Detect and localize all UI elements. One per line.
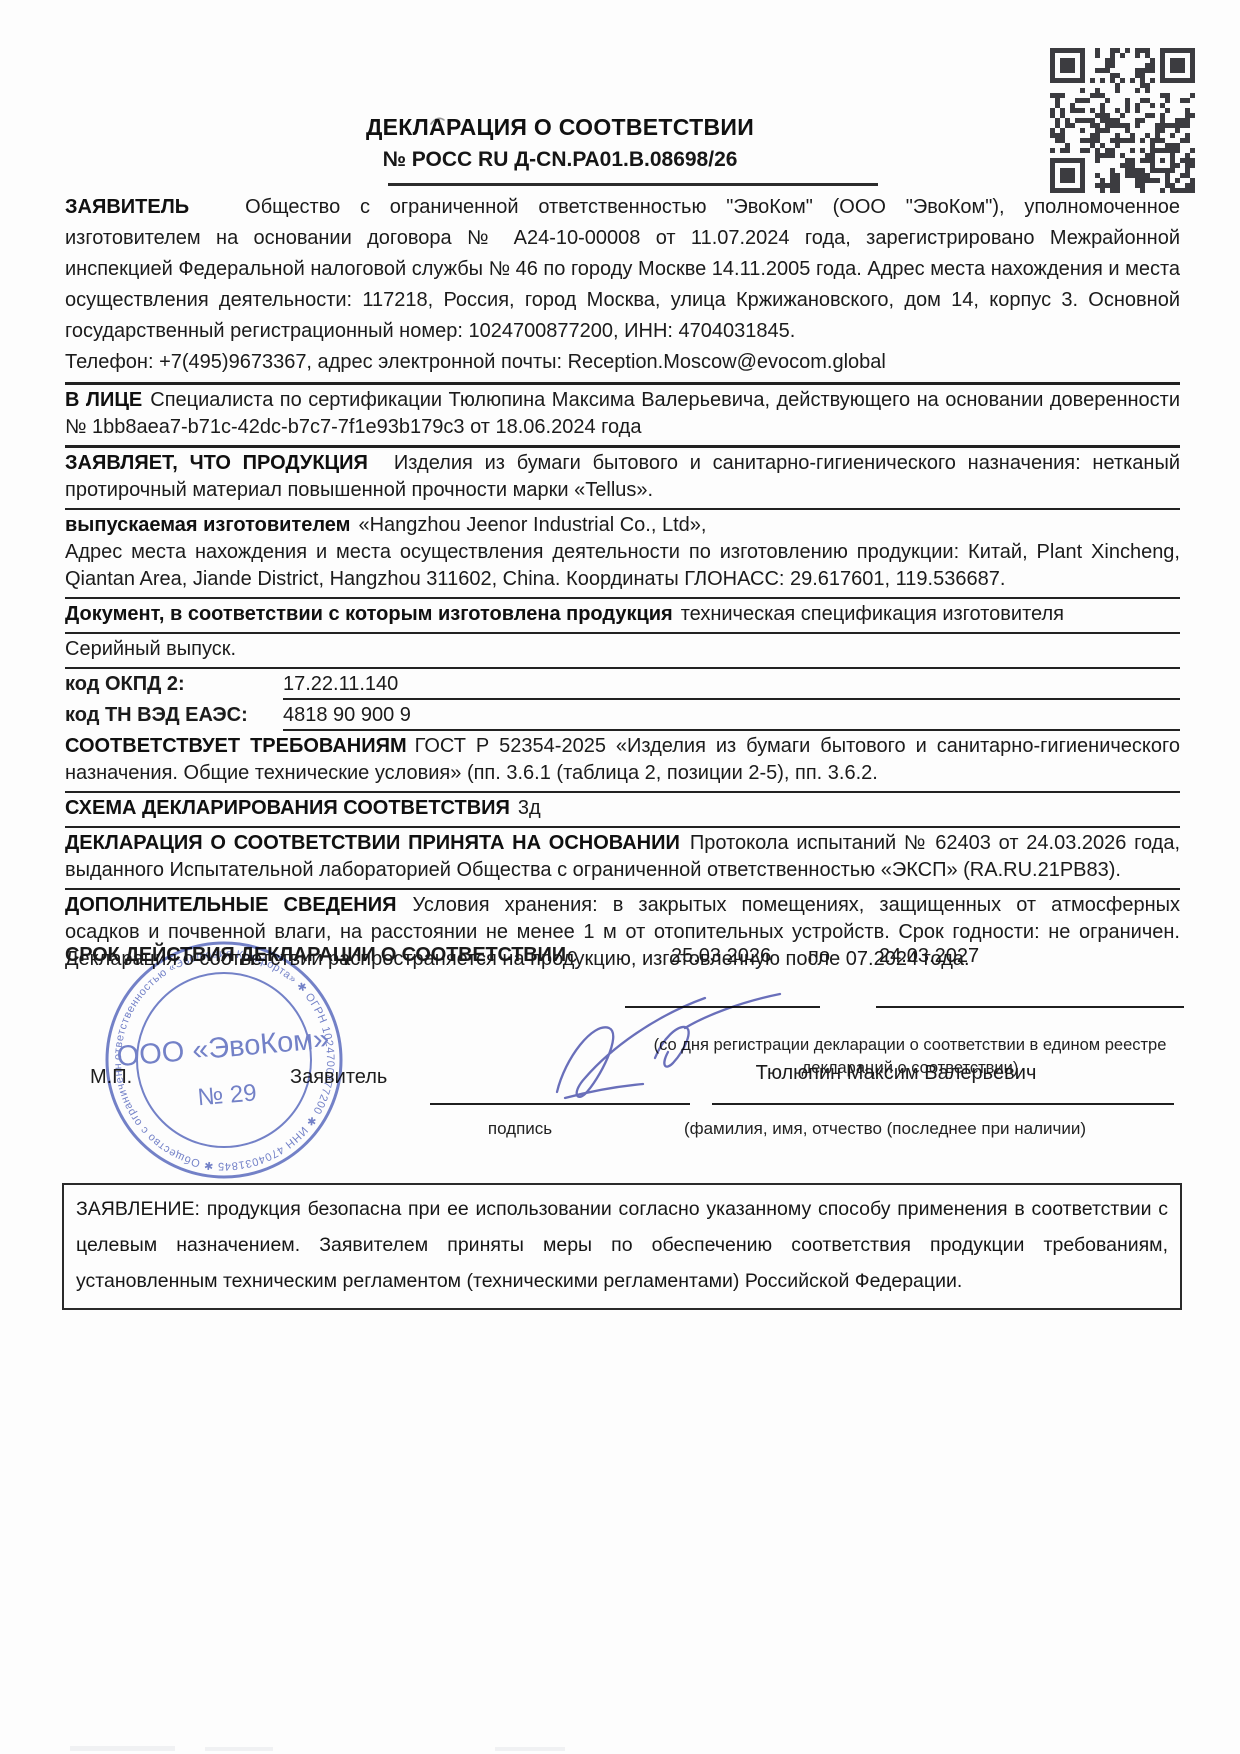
section-requirements: СООТВЕТСТВУЕТ ТРЕБОВАНИЯМГОСТ Р 52354-20… (65, 731, 1180, 793)
scan-artifact (70, 1746, 175, 1751)
stamp-company-name: ООО «ЭвоКом» (115, 1023, 330, 1073)
applicant-phone: Телефон: +7(495)9673367, адрес электронн… (65, 347, 1180, 378)
serial-text: Серийный выпуск. (65, 638, 236, 660)
section-applicant: ЗАЯВИТЕЛЬОбщество с ограниченной ответст… (65, 190, 1180, 385)
row-tnved: код ТН ВЭД ЕАЭС: 4818 90 900 9 (65, 700, 1180, 731)
document-basis-text: техническая спецификация изготовителя (681, 603, 1064, 625)
title-underline (388, 183, 878, 186)
product-label: ЗАЯВЛЯЕТ, ЧТО ПРОДУКЦИЯ (65, 452, 394, 474)
scheme-label: СХЕМА ДЕКЛАРИРОВАНИЯ СООТВЕТСТВИЯ (65, 797, 518, 819)
additional-label: ДОПОЛНИТЕЛЬНЫЕ СВЕДЕНИЯ (65, 894, 413, 916)
document-basis-label: Документ, в соответствии с которым изгот… (65, 603, 681, 625)
row-okpd: код ОКПД 2: 17.22.11.140 (65, 669, 1180, 700)
requirements-label: СООТВЕТСТВУЕТ ТРЕБОВАНИЯМ (65, 735, 415, 757)
person-text: Специалиста по сертификации Тюлюпина Мак… (65, 389, 1180, 438)
section-product: ЗАЯВЛЯЕТ, ЧТО ПРОДУКЦИЯИзделия из бумаги… (65, 448, 1180, 510)
statement-box: ЗАЯВЛЕНИЕ: продукция безопасна при ее ис… (62, 1183, 1182, 1310)
person-label: В ЛИЦЕ (65, 389, 150, 411)
declaration-number: № РОСС RU Д-CN.РА01.В.08698/26 (0, 148, 1120, 172)
section-person: В ЛИЦЕСпециалиста по сертификации Тюлюпи… (65, 385, 1180, 448)
manufacturer-address: Адрес места нахождения и места осуществл… (65, 539, 1180, 593)
tnved-label: код ТН ВЭД ЕАЭС: (65, 700, 283, 731)
manufacturer-label: выпускаемая изготовителем (65, 514, 358, 536)
validity-from-word: с (567, 945, 577, 968)
date-to-underline (876, 1006, 1184, 1008)
scan-artifact (495, 1747, 565, 1751)
validity-date-from: 25.03.2026 (671, 945, 771, 968)
section-serial: Серийный выпуск. (65, 634, 1180, 669)
page-title: ДЕКЛАРАЦИЯ О СООТВЕТСТВИИ (0, 114, 1120, 141)
company-stamp: ответственностью «Эволюция Комфорта» ✱ О… (99, 935, 349, 1185)
tnved-value: 4818 90 900 9 (283, 700, 1180, 731)
stamp-number: № 29 (196, 1079, 257, 1111)
basis-label: ДЕКЛАРАЦИЯ О СООТВЕТСТВИИ ПРИНЯТА НА ОСН… (65, 832, 690, 854)
validity-date-to: 24.03.2027 (879, 945, 979, 968)
scheme-value: 3д (518, 797, 541, 819)
section-document-basis: Документ, в соответствии с которым изгот… (65, 599, 1180, 634)
signature-caption: подпись (410, 1119, 630, 1139)
applicant-label: ЗАЯВИТЕЛЬ (65, 196, 245, 218)
name-caption: (фамилия, имя, отчество (последнее при н… (655, 1119, 1115, 1139)
handwritten-signature (535, 988, 795, 1113)
validity-to-word: по (808, 945, 830, 968)
scan-artifact (205, 1747, 273, 1751)
declaration-document: ДЕКЛАРАЦИЯ О СООТВЕТСТВИИ № РОСС RU Д-CN… (0, 0, 1240, 1754)
section-basis: ДЕКЛАРАЦИЯ О СООТВЕТСТВИИ ПРИНЯТА НА ОСН… (65, 828, 1180, 890)
okpd-value: 17.22.11.140 (283, 669, 1180, 700)
document-body: ЗАЯВИТЕЛЬОбщество с ограниченной ответст… (65, 190, 1180, 977)
okpd-label: код ОКПД 2: (65, 669, 283, 700)
statement-text: ЗАЯВЛЕНИЕ: продукция безопасна при ее ис… (76, 1198, 1168, 1292)
section-manufacturer: выпускаемая изготовителем«Hangzhou Jeeno… (65, 510, 1180, 599)
title-block: ДЕКЛАРАЦИЯ О СООТВЕТСТВИИ № РОСС RU Д-CN… (0, 114, 1120, 172)
manufacturer-name: «Hangzhou Jeenor Industrial Co., Ltd», (358, 514, 706, 536)
section-scheme: СХЕМА ДЕКЛАРИРОВАНИЯ СООТВЕТСТВИЯ3д (65, 793, 1180, 828)
